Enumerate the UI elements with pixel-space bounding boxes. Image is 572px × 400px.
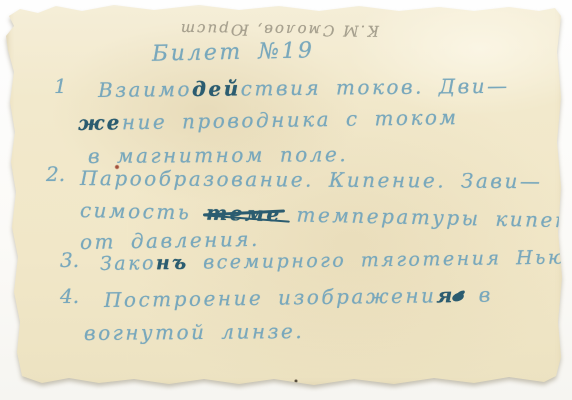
photo-background: К.М Смолов, Юрист Билет №19 1Взаимодейст… xyxy=(0,0,572,400)
handwritten-line: вогнутой линзе. xyxy=(84,313,560,350)
handwritten-line: Построение изображения в xyxy=(104,278,560,317)
text-segment: Построение изображени xyxy=(104,283,437,312)
text-segment: Взаимо xyxy=(98,77,192,102)
paper-sheet: К.М Смолов, Юрист Билет №19 1Взаимодейст… xyxy=(4,2,564,392)
text-segment: дей xyxy=(192,77,241,102)
handwritten-line: Парообразование. Кипение. Зави— xyxy=(80,162,572,198)
text-segment: Парообразование. Кипение. Зави— xyxy=(80,166,543,193)
text-segment: симость xyxy=(80,198,207,225)
paper-shadow: К.М Смолов, Юрист Билет №19 1Взаимодейст… xyxy=(4,2,564,394)
text-segment: Зако xyxy=(100,252,156,275)
item-text: Построение изображения ввогнутой линзе. xyxy=(104,284,560,350)
text-segment: в xyxy=(464,283,493,307)
item-text: Законъ всемирного тяготения Ньютона xyxy=(100,248,572,281)
handwritten-line: Законъ всемирного тяготения Ньютона xyxy=(100,241,572,281)
text-segment: вогнутой линзе. xyxy=(84,319,304,345)
ticket-item: 4.Построение изображения ввогнутой линзе… xyxy=(60,284,560,350)
item-number: 4. xyxy=(60,284,104,308)
item-number: 3. xyxy=(60,248,100,272)
text-segment: же xyxy=(78,110,122,135)
text-segment: ние проводника с током xyxy=(122,105,459,134)
ticket-item: 3.Законъ всемирного тяготения Ньютона xyxy=(60,248,560,281)
handwritten-line: жение проводника с током xyxy=(78,99,559,140)
text-segment: я xyxy=(436,283,464,307)
item-number: 1 xyxy=(54,74,98,98)
ticket-item: 1Взаимодействия токов. Дви—жение проводн… xyxy=(54,74,559,173)
ticket-items: 1Взаимодействия токов. Дви—жение проводн… xyxy=(4,2,564,392)
item-text: Взаимодействия токов. Дви—жение проводни… xyxy=(98,74,559,173)
item-number: 2. xyxy=(46,162,80,186)
text-segment: ствия токов. Дви— xyxy=(241,74,510,101)
text-segment: нъ xyxy=(156,252,189,274)
text-segment: всемирного тяготения Ньютона xyxy=(188,246,572,274)
